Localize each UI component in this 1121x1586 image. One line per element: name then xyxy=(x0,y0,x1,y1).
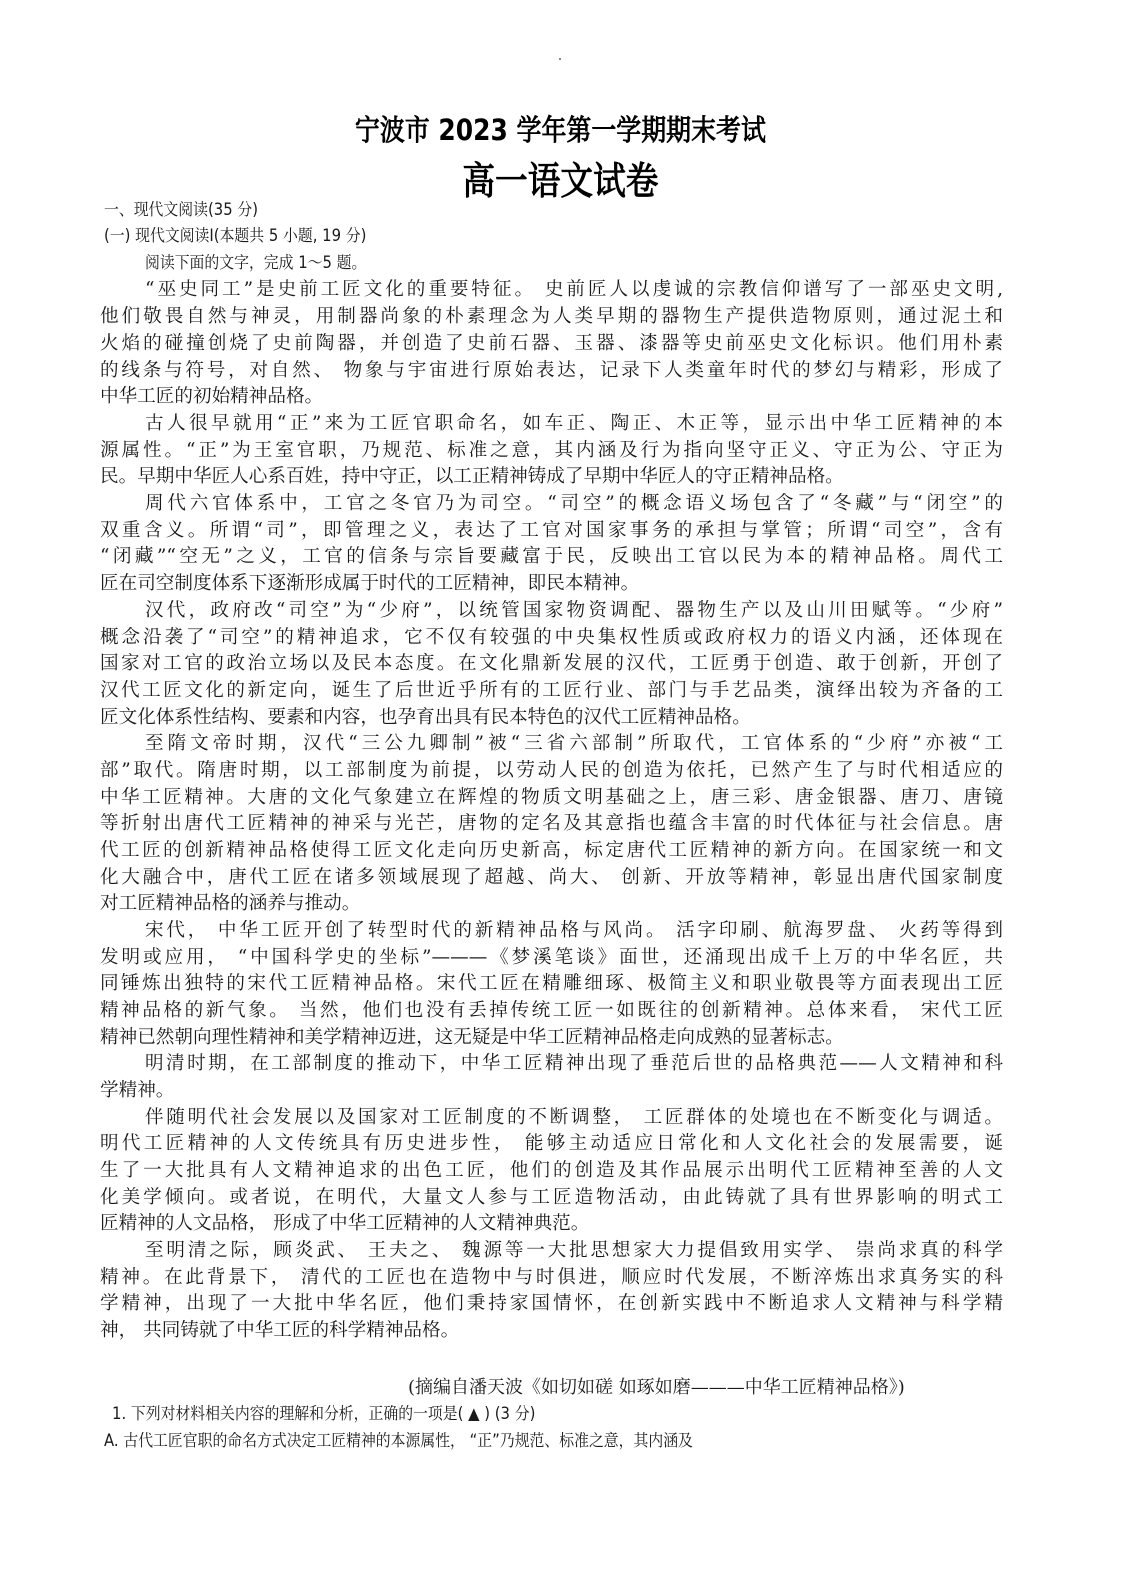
passage-line: 伴随明代社会发展以及国家对工匠制度的不断调整， 工匠群体的处境也在不断变化与调适… xyxy=(145,1105,1003,1131)
passage-line: 概念沿袭了“司空”的精神追求，它不仅有较强的中央集权性质或政府权力的语义内涵，还… xyxy=(100,625,1003,651)
passage-line: 化大融合中，唐代工匠在诸多领域展现了超越、尚大、 创新、开放等精神，彰显出唐代国… xyxy=(100,865,1003,891)
passage-line: 国家对工官的政治立场以及民本态度。在文化鼎新发展的汉代，工匠勇于创造、敢于创新，… xyxy=(100,651,1003,677)
passage-line: 发明或应用， “中国科学史的坐标”———《梦溪笔谈》面世，还涌现出成千上万的中华… xyxy=(100,945,1003,971)
passage-line: 神， 共同铸就了中华工匠的科学精神品格。 xyxy=(100,1318,459,1344)
passage-line: 明代工匠精神的人文传统具有历史进步性， 能够主动适应日常化和人文化社会的发展需要… xyxy=(100,1131,1003,1157)
passage-line: 周代六官体系中，工官之冬官乃为司空。“司空”的概念语义场包含了“冬藏”与“闭空”… xyxy=(145,491,1003,517)
passage-line: 明清时期，在工部制度的推动下，中华工匠精神出现了垂范后世的品格典范——人文精神和… xyxy=(145,1051,1003,1077)
passage-line: 火焰的碰撞创烧了史前陶器，并创造了史前石器、玉器、漆器等史前巫史文化标识。他们用… xyxy=(100,331,1003,357)
passage-line: 汉代工匠文化的新定向，诞生了后世近乎所有的工匠行业、部门与手艺品类，演绎出较为齐… xyxy=(100,678,1003,704)
passage-line: 学精神。 xyxy=(100,1078,174,1104)
source-citation: (摘编自潘天波《如切如磋 如琢如磨———中华工匠精神品格》) xyxy=(408,1375,905,1401)
exam-title: 宁波市 2023 学年第一学期期末考试 xyxy=(78,108,1042,149)
passage-line: 宋代， 中华工匠开创了转型时代的新精神品格与风尚。 活字印刷、航海罗盘、 火药等… xyxy=(145,918,1003,944)
passage-line: 中华工匠精神。大唐的文化气象建立在辉煌的物质文明基础之上，唐三彩、唐金银器、唐刀… xyxy=(100,785,1003,811)
question-1-option-a: A. 古代工匠官职的命名方式决定工匠精神的本源属性， “正”乃规范、标准之意，其… xyxy=(104,1428,693,1454)
passage-line: 汉代，政府改“司空”为“少府”，以统管国家物资调配、器物生产以及山川田赋等。“少… xyxy=(145,598,1003,624)
passage-line: 至明清之际，顾炎武、 王夫之、 魏源等一大批思想家大力提倡致用实学、 崇尚求真的… xyxy=(145,1238,1003,1264)
passage-line: 双重含义。所谓“司”，即管理之义，表达了工官对国家事务的承担与掌管；所谓“司空”… xyxy=(100,518,1003,544)
page-dot xyxy=(559,58,561,60)
passage-line: “巫史同工”是史前工匠文化的重要特征。 史前匠人以虔诚的宗教信仰谱写了一部巫史文… xyxy=(145,277,1003,303)
section-heading: 一、现代文阅读(35 分) xyxy=(104,197,258,223)
passage-line: 代工匠的创新精神品格使得工匠文化走向历史新高，标定唐代工匠精神的新方向。在国家统… xyxy=(100,838,1003,864)
passage-line: 生了一大批具有人文精神追求的出色工匠，他们的创造及其作品展示出明代工匠精神至善的… xyxy=(100,1158,1003,1184)
passage-line: 精神。在此背景下， 清代的工匠也在造物中与时俱进，顺应时代发展，不断淬炼出求真务… xyxy=(100,1265,1003,1291)
passage-line: “闭藏”“空无”之义，工官的信条与宗旨要藏富于民，反映出工官以民为本的精神品格。… xyxy=(100,544,1003,570)
passage-line: 他们敬畏自然与神灵，用制器尚象的朴素理念为人类早期的器物生产提供造物原则，通过泥… xyxy=(100,304,1003,330)
question-1-stem: 1. 下列对材料相关内容的理解和分析，正确的一项是( ▲ ) (3 分) xyxy=(112,1401,535,1427)
passage-line: 民。早期中华匠人心系百姓，持中守正，以工正精神铸成了早期中华匠人的守正精神品格。 xyxy=(100,464,844,490)
passage-line: 化美学倾向。或者说，在明代，大量文人参与工匠造物活动，由此铸就了具有世界影响的明… xyxy=(100,1185,1003,1211)
passage-line: 中华工匠的初始精神品格。 xyxy=(100,384,323,410)
passage-line: 古人很早就用“正”来为工匠官职命名，如车正、陶正、木正等，显示出中华工匠精神的本 xyxy=(145,411,1003,437)
passage-line: 匠文化体系性结构、要素和内容，也孕育出具有民本特色的汉代工匠精神品格。 xyxy=(100,705,751,731)
passage-line: 学精神，出现了一大批中华名匠，他们秉持家国情怀，在创新实践中不断追求人文精神与科… xyxy=(100,1291,1003,1317)
reading-instruction: 阅读下面的文字，完成 1～5 题。 xyxy=(145,250,366,276)
subsection-heading: (一) 现代文阅读Ⅰ(本题共 5 小题, 19 分) xyxy=(104,223,366,249)
passage-line: 精神已然朝向理性精神和美学精神迈进，这无疑是中华工匠精神品格走向成熟的显著标志。 xyxy=(100,1025,844,1051)
passage-line: 的线条与符号，对自然、 物象与宇宙进行原始表达，记录下人类童年时代的梦幻与精彩，… xyxy=(100,358,1003,384)
passage-line: 等折射出唐代工匠精神的神采与光芒，唐物的定名及其意指也蕴含丰富的时代体征与社会信… xyxy=(100,811,1003,837)
passage-line: 匠在司空制度体系下逐渐形成属于时代的工匠精神，即民本精神。 xyxy=(100,571,639,597)
passage-line: 同锤炼出独特的宋代工匠精神品格。宋代工匠在精雕细琢、极简主义和职业敬畏等方面表现… xyxy=(100,971,1003,997)
passage-line: 精神品格的新气象。 当然，他们也没有丢掉传统工匠一如既往的创新精神。总体来看， … xyxy=(100,998,1003,1024)
passage-line: 源属性。“正”为王室官职，乃规范、标准之意，其内涵及行为指向坚守正义、守正为公、… xyxy=(100,438,1003,464)
passage-line: 对工匠精神品格的涵养与推动。 xyxy=(100,891,360,917)
passage-line: 部”取代。隋唐时期，以工部制度为前提，以劳动人民的创造为依托，已然产生了与时代相… xyxy=(100,758,1003,784)
passage-line: 匠精神的人文品格， 形成了中华工匠精神的人文精神典范。 xyxy=(100,1211,589,1237)
passage-line: 至隋文帝时期，汉代“三公九卿制”被“三省六部制”所取代，工官体系的“少府”亦被“… xyxy=(145,731,1003,757)
